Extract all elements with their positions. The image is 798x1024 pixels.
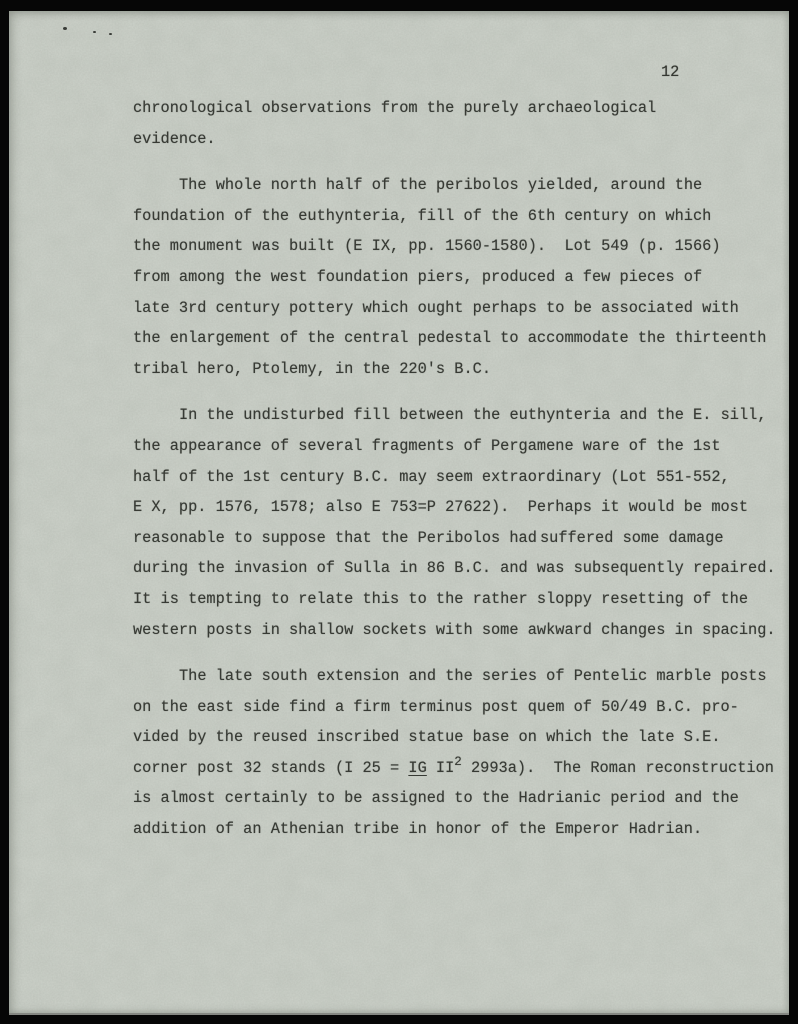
text-line: reasonable to suppose that the Peribolos… [133, 523, 793, 554]
page-number: 12 [661, 63, 679, 81]
citation-post: 2993a). The Roman reconstruction [462, 759, 774, 777]
text-line: on the east side find a firm terminus po… [133, 692, 793, 723]
text-line: the monument was built (E IX, pp. 1560-1… [133, 231, 793, 262]
text-line: E X, pp. 1576, 1578; also E 753=P 27622)… [133, 492, 793, 523]
ink-speck [109, 33, 112, 35]
citation-mid: II [427, 759, 455, 777]
text-line: the appearance of several fragments of P… [133, 431, 793, 462]
ink-speck [93, 31, 96, 33]
citation-underlined-ig: IG [408, 759, 426, 777]
text-line: during the invasion of Sulla in 86 B.C. … [133, 553, 793, 584]
text-line: chronological observations from the pure… [133, 93, 793, 124]
manuscript-page: 12 chronological observations from the p… [9, 11, 789, 1013]
scan-background: 12 chronological observations from the p… [0, 0, 798, 1024]
paragraph-north-half: The whole north half of the peribolos yi… [133, 170, 793, 384]
scanned-document-screenshot: { "document": { "page_number": "12", "pa… [0, 0, 798, 1024]
typewritten-text: chronological observations from the pure… [133, 93, 793, 845]
text-line: The late south extension and the series … [133, 661, 793, 692]
citation-pre: corner post 32 stands (I 25 = [133, 759, 408, 777]
text-line: half of the 1st century B.C. may seem ex… [133, 462, 793, 493]
text-line: evidence. [133, 124, 793, 155]
paragraph-undisturbed-fill: In the undisturbed fill between the euth… [133, 400, 793, 645]
text-line: tribal hero, Ptolemy, in the 220's B.C. [133, 354, 793, 385]
text-line: vided by the reused inscribed statue bas… [133, 722, 793, 753]
text-line: is almost certainly to be assigned to th… [133, 783, 793, 814]
text-line: It is tempting to relate this to the rat… [133, 584, 793, 615]
ink-speck [63, 27, 67, 30]
text-line: western posts in shallow sockets with so… [133, 615, 793, 646]
text-line: foundation of the euthynteria, fill of t… [133, 201, 793, 232]
text-line: the enlargement of the central pedestal … [133, 323, 793, 354]
paragraph-south-extension: The late south extension and the series … [133, 661, 793, 845]
text-line: addition of an Athenian tribe in honor o… [133, 814, 793, 845]
text-line-citation: corner post 32 stands (I 25 = IG II2 299… [133, 753, 793, 784]
text-line: late 3rd century pottery which ought per… [133, 293, 793, 324]
text-line: In the undisturbed fill between the euth… [133, 400, 793, 431]
paragraph-continuation: chronological observations from the pure… [133, 93, 793, 154]
text-line: from among the west foundation piers, pr… [133, 262, 793, 293]
text-line: The whole north half of the peribolos yi… [133, 170, 793, 201]
citation-superscript: 2 [454, 755, 462, 769]
